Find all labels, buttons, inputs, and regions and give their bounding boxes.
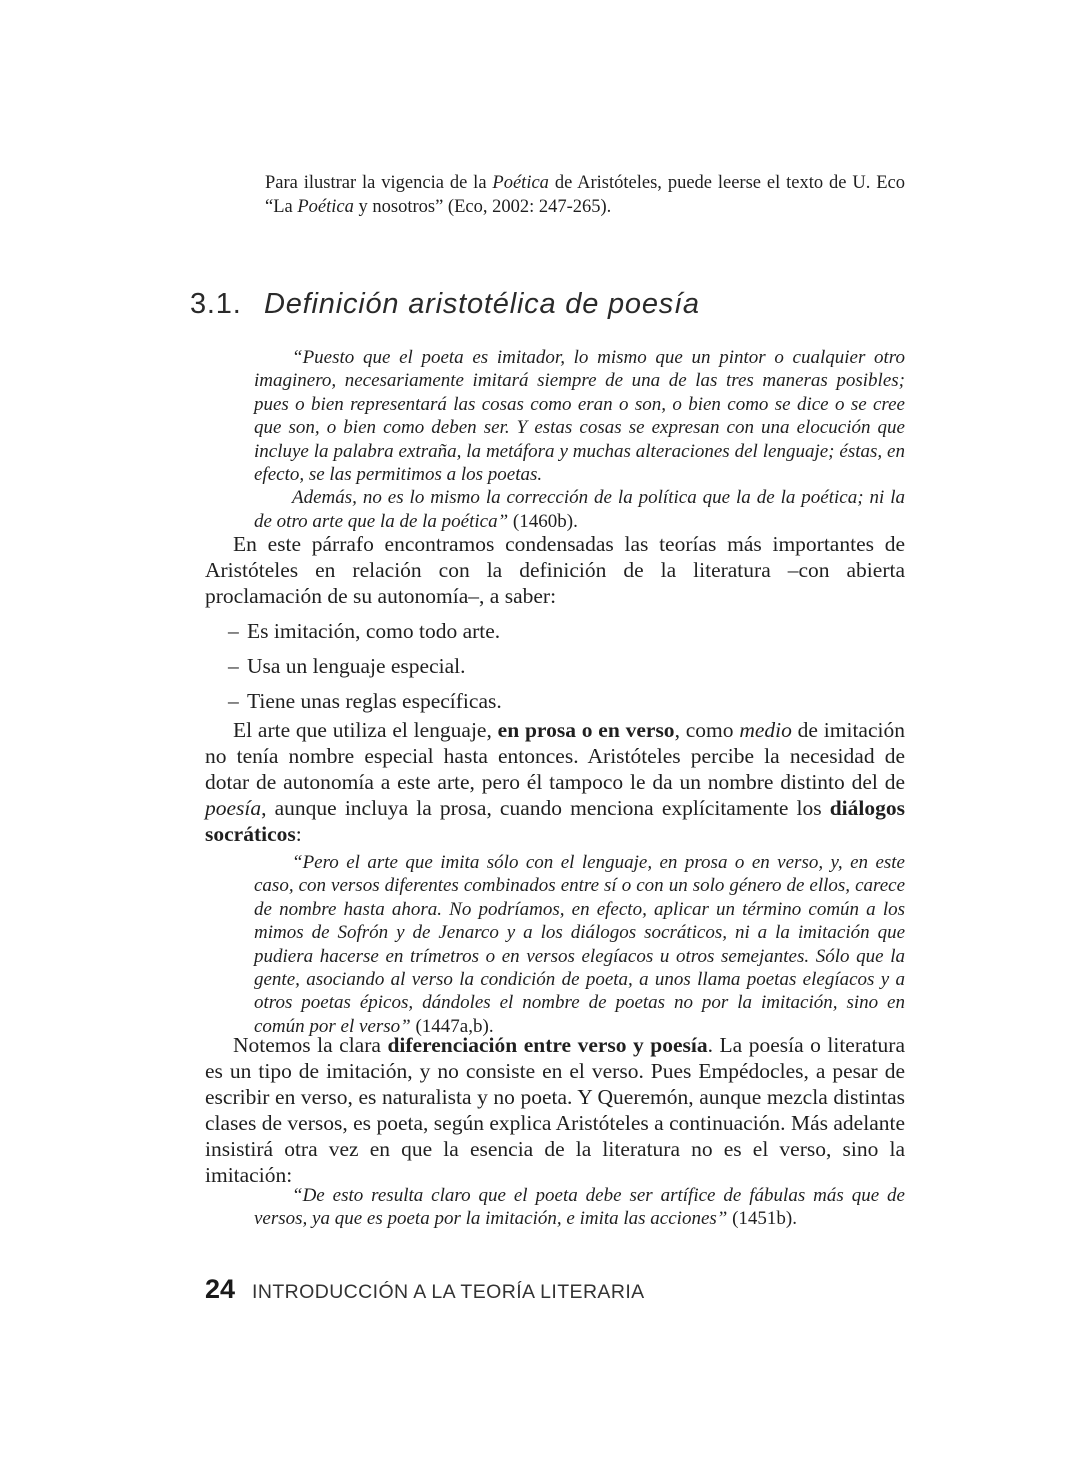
body-paragraph-prose-verse: El arte que utiliza el lenguaje, en pros… [205,717,905,847]
blockquote-paragraph: “Puesto que el poeta es imitador, lo mis… [254,346,905,486]
margin-note: Para ilustrar la vigencia de la Poética … [265,172,905,219]
section-heading: 3.1. Definición aristotélica de poesía [190,288,700,321]
blockquote-1460b: “Puesto que el poeta es imitador, lo mis… [254,346,905,533]
body-paragraph-verso-poesia: Notemos la clara diferenciación entre ve… [205,1032,905,1188]
list-item-text: Tiene unas reglas específicas. [247,689,502,713]
section-title: Definición aristotélica de poesía [264,288,700,321]
paragraph-text: El arte que utiliza el lenguaje, en pros… [205,717,905,847]
blockquote-1447ab: “Pero el arte que imita sólo con el leng… [254,851,905,1038]
section-number: 3.1. [190,288,264,321]
blockquote-paragraph: Además, no es lo mismo la corrección de … [254,486,905,533]
list-item-text: Usa un lenguaje especial. [247,654,466,678]
body-paragraph-intro: En este párrafo encontramos condensadas … [205,531,905,609]
dash-bullet: – [228,688,239,714]
paragraph-text: Notemos la clara diferenciación entre ve… [205,1032,905,1188]
book-page: Para ilustrar la vigencia de la Poética … [0,0,1080,1466]
dash-list: – Es imitación, como todo arte. – Usa un… [205,618,905,723]
page-number: 24 [205,1274,235,1305]
list-item: – Tiene unas reglas específicas. [205,688,905,714]
dash-bullet: – [228,618,239,644]
list-item-text: Es imitación, como todo arte. [247,619,500,643]
blockquote-paragraph: “Pero el arte que imita sólo con el leng… [254,851,905,1038]
list-item: – Usa un lenguaje especial. [205,653,905,679]
blockquote-1451b: “De esto resulta claro que el poeta debe… [254,1184,905,1231]
list-item: – Es imitación, como todo arte. [205,618,905,644]
dash-bullet: – [228,653,239,679]
blockquote-paragraph: “De esto resulta claro que el poeta debe… [254,1184,905,1231]
page-footer: 24 INTRODUCCIÓN A LA TEORÍA LITERARIA [205,1274,645,1305]
paragraph-text: En este párrafo encontramos condensadas … [205,531,905,609]
running-book-title: INTRODUCCIÓN A LA TEORÍA LITERARIA [252,1281,645,1304]
